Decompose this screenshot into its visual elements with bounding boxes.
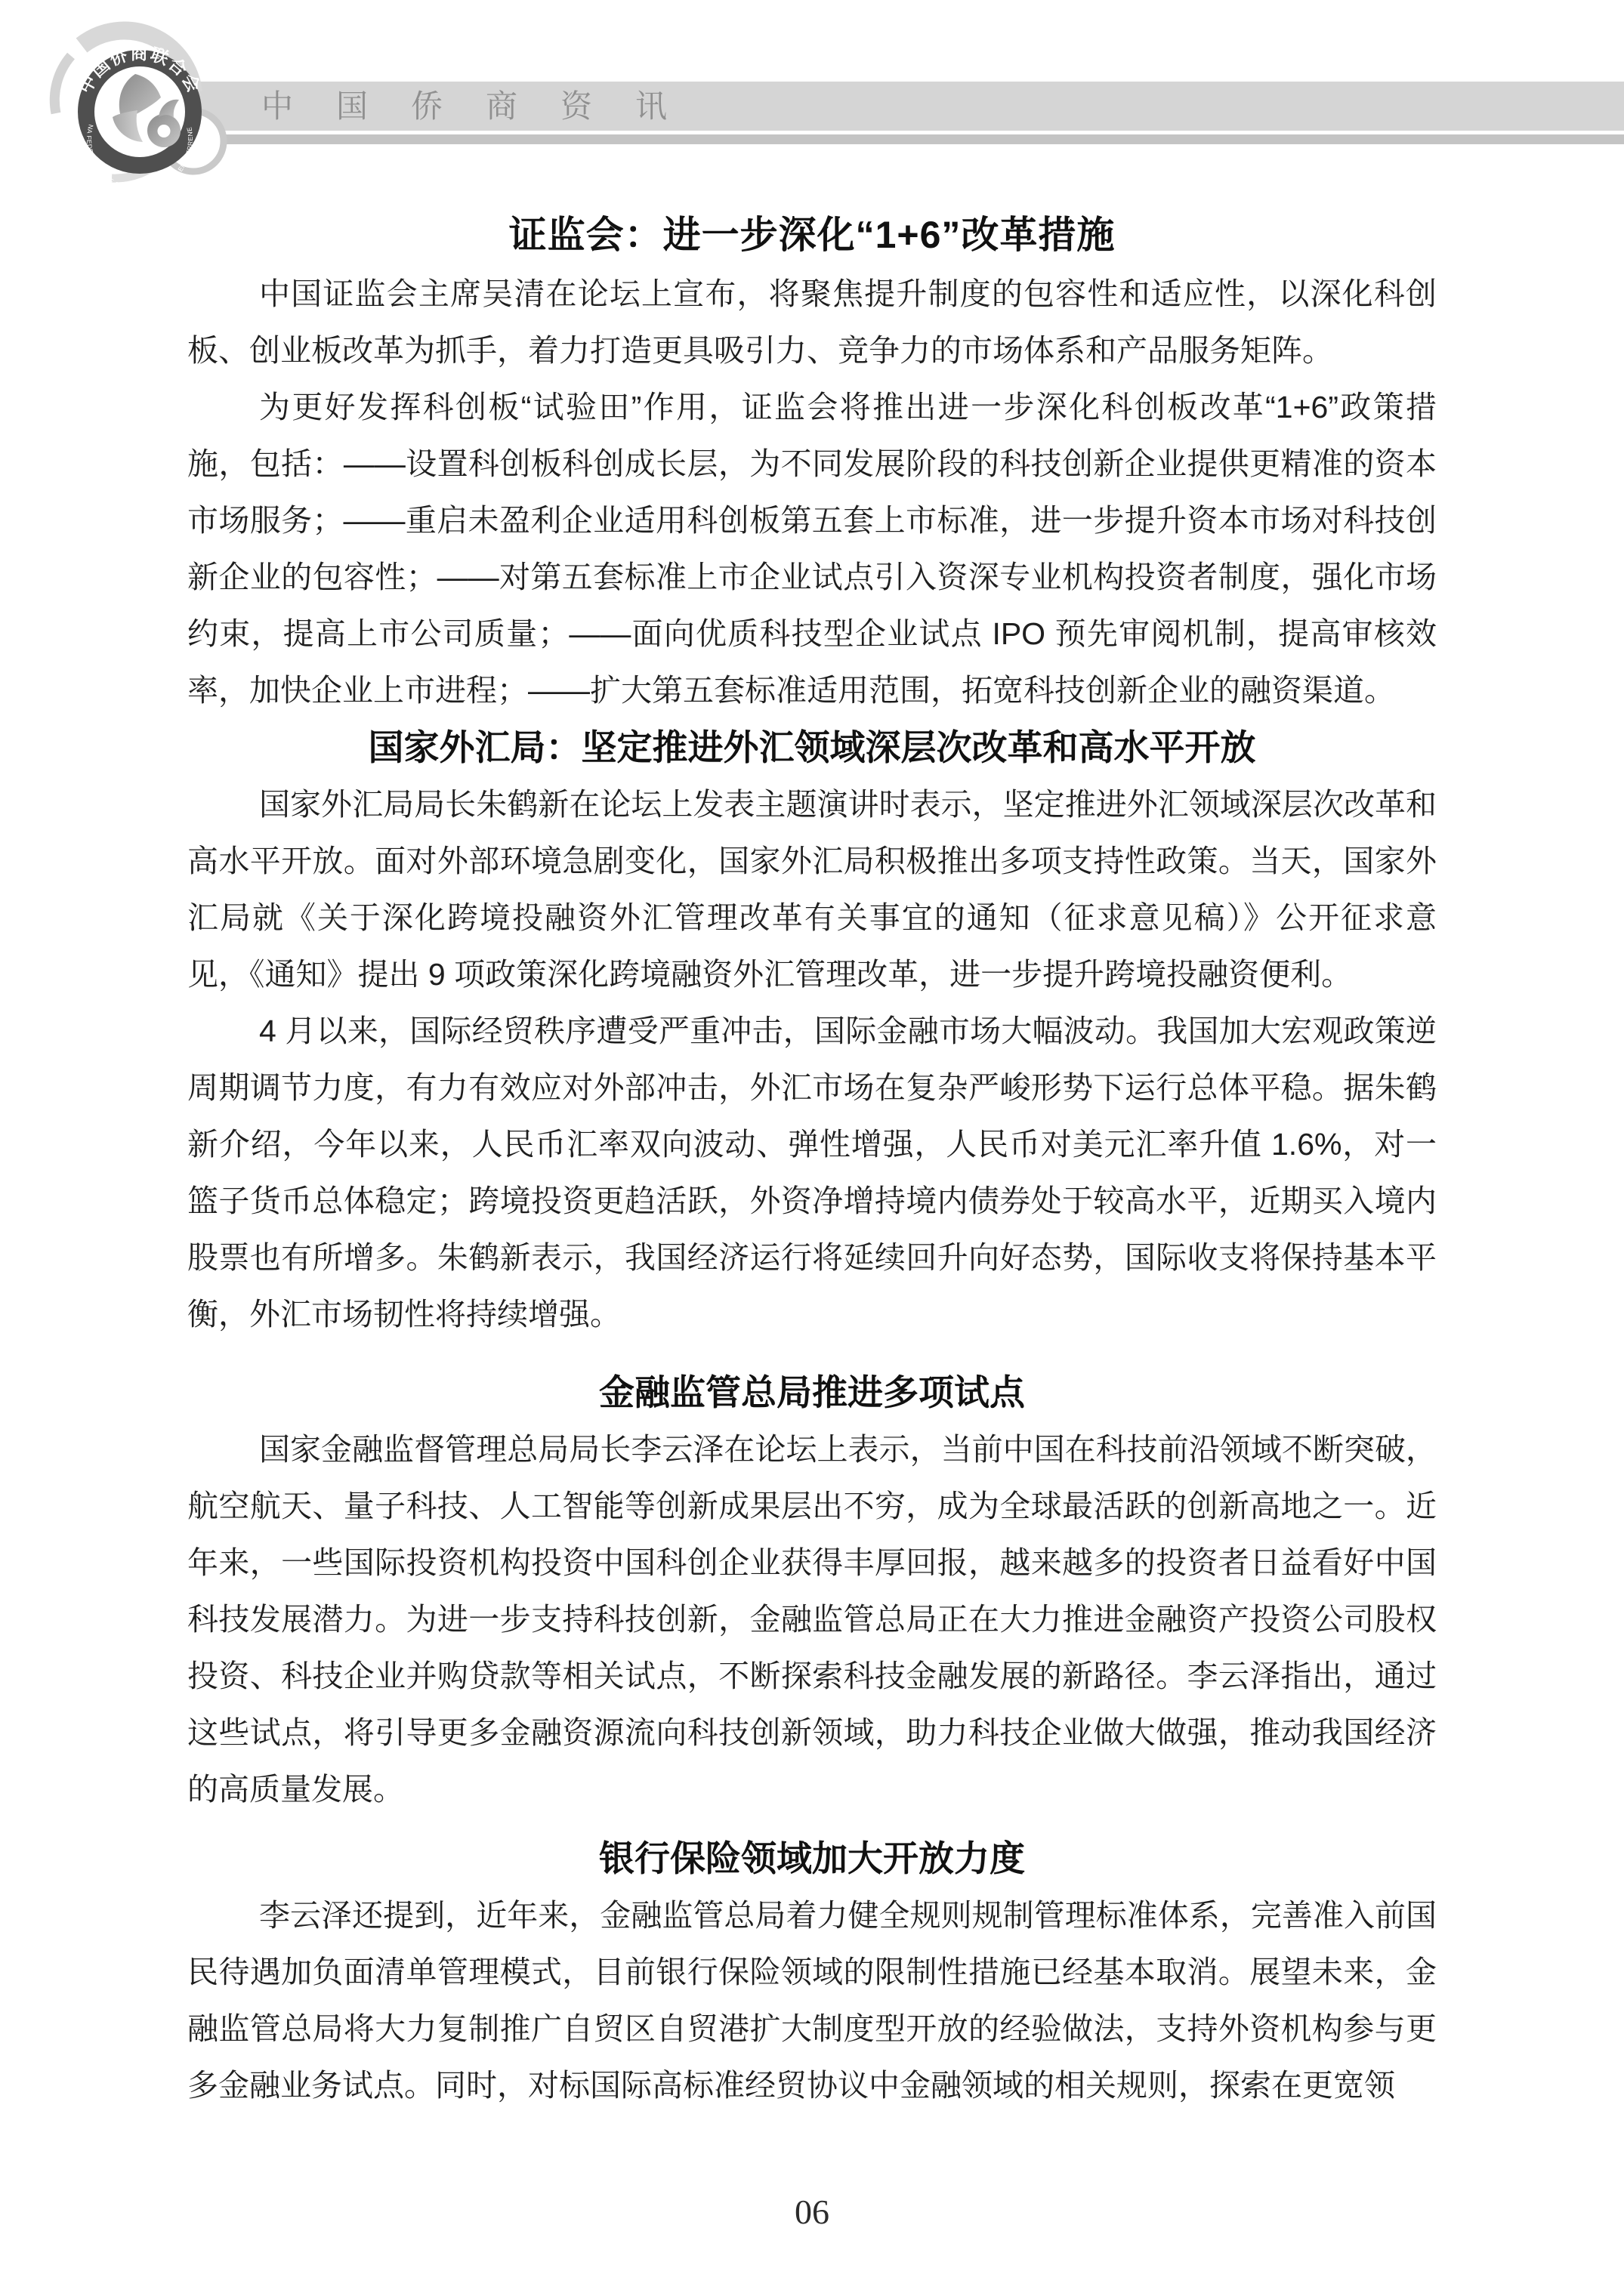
paragraph: 国家金融监督管理总局局长李云泽在论坛上表示，当前中国在科技前沿领域不断突破，航空… [187,1421,1437,1818]
section-heading: 国家外汇局：坚定推进外汇领域深层次改革和高水平开放 [187,719,1437,776]
page-number: 06 [0,2192,1624,2232]
paragraph: 国家外汇局局长朱鹤新在论坛上发表主题演讲时表示，坚定推进外汇领域深层次改革和高水… [187,776,1437,1003]
paragraph: 为更好发挥科创板“试验田”作用，证监会将推出进一步深化科创板改革“1+6”政策措… [187,379,1437,719]
article-body: 证监会：进一步深化“1+6”改革措施 中国证监会主席吴清在论坛上宣布，将聚焦提升… [187,0,1437,2114]
document-page: 中国侨商资讯 中国侨商联合会 [0,0,1624,2293]
paragraph: 李云泽还提到，近年来，金融监管总局着力健全规则规制管理标准体系，完善准入前国民待… [187,1887,1437,2114]
section-heading: 金融监管总局推进多项试点 [187,1364,1437,1421]
swoosh-decoration-icon [54,56,71,113]
section-heading: 银行保险领域加大开放力度 [187,1830,1437,1887]
section-heading: 证监会：进一步深化“1+6”改革措施 [187,204,1437,266]
paragraph: 4 月以来，国际经贸秩序遭受严重冲击，国际金融市场大幅波动。我国加大宏观政策逆周… [187,1003,1437,1343]
paragraph: 中国证监会主席吴清在论坛上宣布，将聚焦提升制度的包容性和适应性，以深化科创板、创… [187,266,1437,379]
